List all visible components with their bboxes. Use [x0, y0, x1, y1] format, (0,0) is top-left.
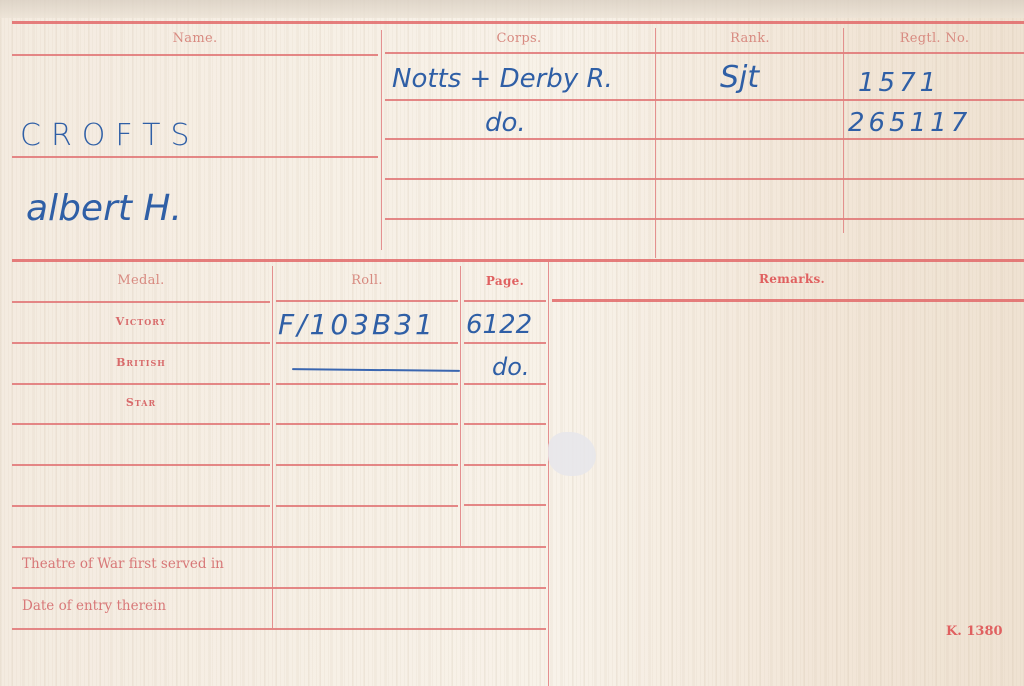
roll-entry-victory: F/103B31 [278, 308, 436, 341]
header-underline [385, 52, 1024, 54]
corps-row-line [385, 218, 1024, 220]
theatre-label: Theatre of War first served in [22, 556, 224, 572]
medal-header-underline [12, 301, 270, 303]
section-divider-line [12, 259, 1024, 262]
theatre-row-line [12, 546, 546, 548]
ditto-line-british-roll [292, 368, 460, 372]
corps-header: Corps. [385, 31, 653, 46]
remarks-header-underline [552, 299, 1024, 302]
date-label: Date of entry therein [22, 598, 166, 614]
medal-row-line [464, 464, 546, 466]
page-header: Page. [464, 274, 546, 288]
paper-stain [548, 432, 596, 476]
medal-row-line [464, 423, 546, 425]
col-divider-corps-rank [655, 28, 656, 258]
medal-label-british: British [12, 356, 270, 369]
corps-row-line [385, 138, 1024, 140]
remarks-header: Remarks. [552, 272, 1024, 286]
col-divider-medal-roll [272, 266, 273, 628]
regtl-no-entry: 1571 [858, 68, 940, 98]
medal-row-line [12, 505, 270, 507]
forename-entry: albert H. [26, 188, 182, 229]
medal-row-line [12, 464, 270, 466]
medal-row-line [276, 505, 458, 507]
medal-row-line [12, 383, 270, 385]
medal-row-line [464, 504, 546, 506]
roll-header-underline [276, 300, 458, 302]
page-entry-victory: 6122 [466, 310, 532, 340]
roll-header: Roll. [276, 273, 458, 288]
medal-row-line [276, 423, 458, 425]
corps-entry-ditto: do. [485, 108, 526, 138]
corps-entry: Notts + Derby R. [392, 64, 613, 94]
medal-row-line [276, 464, 458, 466]
medal-label-victory: Victory [12, 315, 270, 328]
medal-row-line [464, 383, 546, 385]
remarks-area [552, 305, 1022, 605]
regtl-no-header: Regtl. No. [845, 31, 1024, 46]
corps-row-line [385, 99, 1024, 101]
medal-row-line [12, 423, 270, 425]
bottom-row-line [12, 628, 546, 630]
name-row-line [12, 156, 378, 158]
regtl-no-entry: 265117 [848, 108, 971, 138]
card-top-edge [0, 0, 1024, 18]
surname-entry: CROFTS [20, 118, 200, 153]
form-number: K. 1380 [946, 624, 1003, 639]
medal-index-card: Name. Corps. Rank. Regtl. No. CROFTS alb… [0, 0, 1024, 686]
page-entry-british: do. [492, 353, 530, 381]
col-divider-roll-page [460, 266, 461, 546]
medal-header: Medal. [12, 273, 270, 288]
medal-label-star: Star [12, 396, 270, 409]
col-divider-name-corps [381, 30, 382, 250]
page-header-underline [464, 300, 546, 302]
medal-row-line [12, 342, 270, 344]
rank-entry: Sjt [720, 60, 759, 95]
rank-header: Rank. [657, 31, 843, 46]
medal-row-line [276, 383, 458, 385]
name-header: Name. [12, 31, 378, 46]
corps-row-line [385, 178, 1024, 180]
col-divider-page-remarks [548, 262, 549, 686]
medal-row-line [276, 342, 458, 344]
date-row-line [12, 587, 546, 589]
top-border-line [12, 21, 1024, 24]
header-underline [12, 54, 378, 56]
medal-row-line [464, 342, 546, 344]
col-divider-rank-regtl [843, 28, 844, 233]
